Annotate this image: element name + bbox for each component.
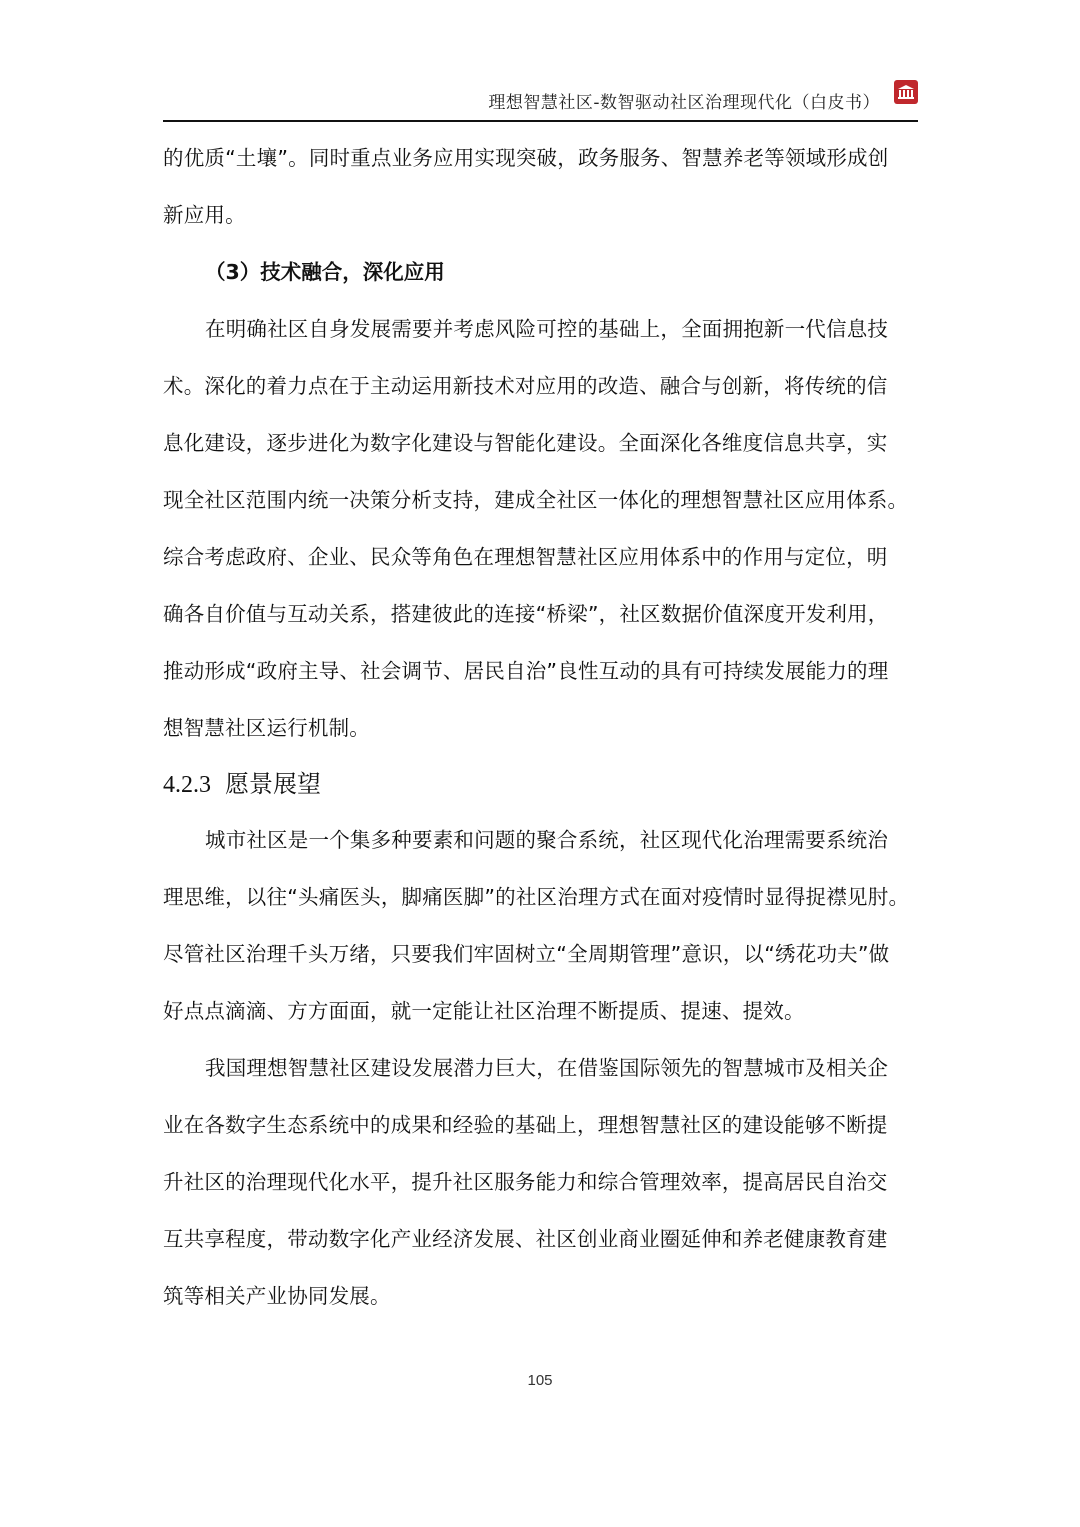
- text-line: 的优质“土壤”。同时重点业务应用实现突破，政务服务、智慧养老等领域形成创: [163, 130, 918, 187]
- text-line: 升社区的治理现代化水平，提升社区服务能力和综合管理效率，提高居民自治交: [163, 1154, 918, 1211]
- text-line: 息化建设，逐步进化为数字化建设与智能化建设。全面深化各维度信息共享，实: [163, 415, 918, 472]
- text-line: 尽管社区治理千头万绪，只要我们牢固树立“全周期管理”意识，以“绣花功夫”做: [163, 926, 918, 983]
- text-line: 在明确社区自身发展需要并考虑风险可控的基础上，全面拥抱新一代信息技: [163, 301, 918, 358]
- text-line: 想智慧社区运行机制。: [163, 700, 918, 757]
- text-line: 好点点滴滴、方方面面，就一定能让社区治理不断提质、提速、提效。: [163, 983, 918, 1040]
- text-line: 推动形成“政府主导、社会调节、居民自治”良性互动的具有可持续发展能力的理: [163, 643, 918, 700]
- text-line: 业在各数字生态系统中的成果和经验的基础上，理想智慧社区的建设能够不断提: [163, 1097, 918, 1154]
- text-line: 新应用。: [163, 187, 918, 244]
- text-line: 确各自价值与互动关系，搭建彼此的连接“桥梁”，社区数据价值深度开发利用，: [163, 586, 918, 643]
- text-line: 我国理想智慧社区建设发展潜力巨大，在借鉴国际领先的智慧城市及相关企: [163, 1040, 918, 1097]
- text-line: 理思维，以往“头痛医头，脚痛医脚”的社区治理方式在面对疫情时显得捉襟见肘。: [163, 869, 918, 926]
- text-line: 术。深化的着力点在于主动运用新技术对应用的改造、融合与创新，将传统的信: [163, 358, 918, 415]
- text-line: 综合考虑政府、企业、民众等角色在理想智慧社区应用体系中的作用与定位，明: [163, 529, 918, 586]
- text-line: 现全社区范围内统一决策分析支持，建成全社区一体化的理想智慧社区应用体系。: [163, 472, 918, 529]
- section-number: 4.2.3: [163, 772, 211, 798]
- section-title: 愿景展望: [225, 770, 321, 798]
- section-heading: 4.2.3愿景展望: [163, 757, 918, 812]
- page-header: 理想智慧社区-数智驱动社区治理现代化（白皮书）: [163, 70, 918, 120]
- subheading: （3）技术融合，深化应用: [163, 244, 918, 301]
- text-line: 城市社区是一个集多种要素和问题的聚合系统，社区现代化治理需要系统治: [163, 812, 918, 869]
- page-body: 的优质“土壤”。同时重点业务应用实现突破，政务服务、智慧养老等领域形成创 新应用…: [163, 130, 918, 1325]
- text-line: 筑等相关产业协同发展。: [163, 1268, 918, 1325]
- text-line: 互共享程度，带动数字化产业经济发展、社区创业商业圈延伸和养老健康教育建: [163, 1211, 918, 1268]
- document-title: 理想智慧社区-数智驱动社区治理现代化（白皮书）: [488, 88, 880, 113]
- header-divider: [163, 120, 918, 122]
- page-number: 105: [0, 1372, 1080, 1389]
- building-logo-icon: [894, 80, 918, 104]
